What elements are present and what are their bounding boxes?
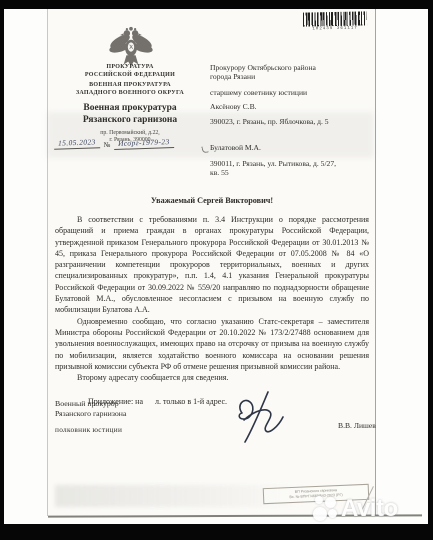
barcode-digits: 102439 361117 — [302, 25, 368, 32]
letterhead-org-line: ВОЕННАЯ ПРОКУРАТУРА — [52, 82, 208, 90]
recipient-line: старшему советнику юстиции — [210, 89, 374, 98]
handwritten-date: 15.05.2023 — [54, 137, 100, 150]
recipient-line: Аксёнову С.В. — [210, 103, 374, 112]
signer-position-line: Рязанского гарнизона — [55, 409, 126, 419]
recipient-line: 390023, г. Рязань, пр. Яблочкова, д. 5 — [210, 118, 374, 127]
avito-logo-dot-icon — [315, 496, 323, 504]
handwritten-outgoing-number: Исорг-1979-23 — [114, 137, 174, 150]
barcode-bars-icon — [303, 11, 367, 26]
coat-of-arms-eagle-icon — [108, 26, 154, 68]
handwritten-signature-icon — [232, 389, 290, 445]
letterhead-unit-name: Рязанского гарнизона — [52, 114, 208, 126]
avito-logo-dot-icon — [325, 497, 336, 508]
body-paragraph-1: В соответствии с требованиями п. 3.4 Инс… — [55, 214, 369, 316]
signer-position-line: Военный прокурор — [55, 399, 126, 409]
avito-wordmark: Avito — [341, 495, 398, 523]
letterhead-org-line: РОССИЙСКОЙ ФЕДЕРАЦИИ — [52, 72, 208, 80]
number-sign-label: № — [104, 141, 111, 149]
recipient-block-first: Прокурору Октябрьского района города Ряз… — [210, 64, 374, 127]
letter-body: Уважаемый Сергей Викторович! В соответст… — [55, 196, 369, 408]
signer-name: В.В. Лишев — [338, 421, 376, 430]
recipient-line: Булатовой М.А. — [210, 144, 374, 153]
letterhead: ПРОКУРАТУРА РОССИЙСКОЙ ФЕДЕРАЦИИ ВОЕННАЯ… — [52, 64, 208, 144]
avito-logo-dot-icon — [313, 507, 327, 521]
letterhead-address: пр. Первомайский, д.22, — [52, 130, 208, 137]
avito-logo-dot-icon — [328, 509, 337, 518]
document-photo: 102439 361117 ПРОКУРАТУРА РОССИЙСКОЙ ФЕД… — [0, 0, 433, 540]
avito-watermark: Avito — [313, 495, 431, 535]
recipient-line: 390011, г. Рязань, ул. Рытикова, д. 5/27… — [210, 160, 374, 169]
letterhead-unit-name: Военная прокуратура — [52, 102, 208, 114]
recipient-block-second: Булатовой М.А. 390011, г. Рязань, ул. Ры… — [210, 144, 374, 177]
date-number-line: 15.05.2023 № Исорг-1979-23 — [54, 138, 224, 149]
salutation: Уважаемый Сергей Викторович! — [55, 196, 369, 205]
recipient-line: кв. 55 — [210, 169, 374, 178]
signer-rank: полковник юстиции — [55, 425, 122, 434]
body-paragraph-3: Второму адресату сообщается для сведения… — [55, 372, 369, 383]
recipient-line: города Рязани — [210, 73, 374, 82]
signer-position: Военный прокурор Рязанского гарнизона — [55, 399, 126, 418]
body-paragraph-2: Одновременно сообщаю, что согласно указа… — [55, 316, 369, 372]
letterhead-org-line: ЗАПАДНОГО ВОЕННОГО ОКРУГА — [52, 90, 208, 98]
registration-barcode: 102439 361117 — [302, 10, 368, 34]
letterhead-org-line: ПРОКУРАТУРА — [52, 64, 208, 72]
